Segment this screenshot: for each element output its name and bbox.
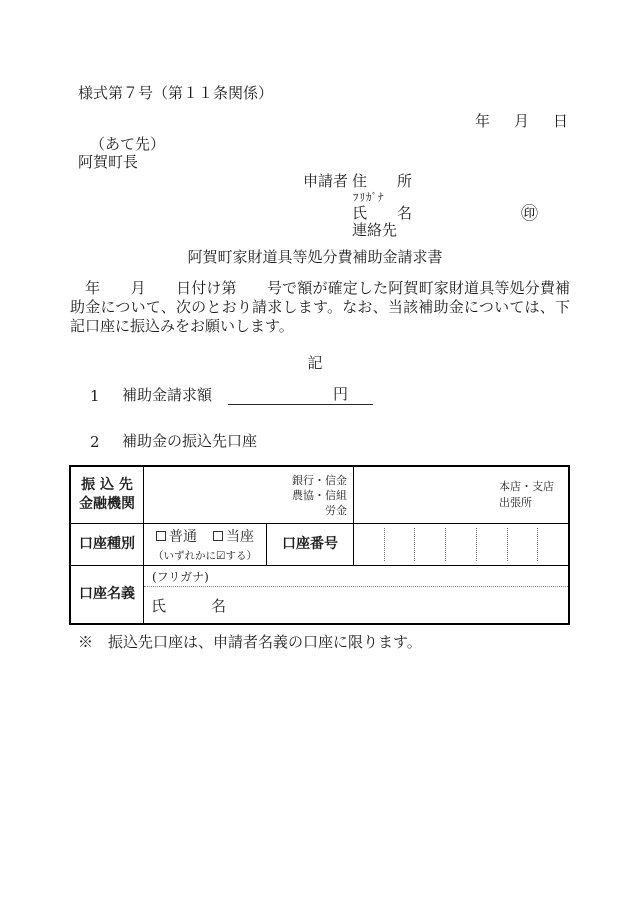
ordinary-account-option: 普通 bbox=[156, 526, 197, 546]
holder-name-row: 氏 名 bbox=[144, 587, 568, 623]
bank-type-option: 農協・信組 bbox=[292, 488, 347, 503]
account-type-entry-cell: 普通 当座 （いずれかに☑する） bbox=[143, 524, 266, 565]
account-type-header: 口座種別 bbox=[71, 524, 143, 565]
addressee-name: 阿賀町長 bbox=[78, 151, 138, 172]
year-label: 年 bbox=[475, 110, 490, 131]
account-type-options: 普通 当座 bbox=[156, 526, 254, 546]
item2-number: 2 bbox=[90, 433, 104, 451]
account-holder-entry-cell: (フリガナ) 氏 名 bbox=[143, 566, 568, 623]
item1-label: 補助金請求額 bbox=[122, 384, 212, 405]
branch-type-option: 本店・支店 bbox=[499, 479, 554, 495]
holder-name-label: 氏 名 bbox=[151, 595, 226, 616]
ordinary-checkbox-icon bbox=[156, 531, 166, 541]
digit-box bbox=[538, 528, 568, 561]
digit-box bbox=[415, 528, 446, 561]
footnote: ※ 振込先口座は、申請者名義の口座に限ります。 bbox=[78, 631, 422, 652]
account-holder-header: 口座名義 bbox=[71, 566, 143, 623]
account-holder-row: 口座名義 (フリガナ) 氏 名 bbox=[71, 565, 568, 623]
month-label: 月 bbox=[514, 110, 529, 131]
form-number: 様式第７号（第１１条関係） bbox=[78, 82, 273, 103]
holder-furigana-label: (フリガナ) bbox=[152, 568, 209, 585]
amount-entry-area bbox=[228, 388, 333, 404]
account-number-header: 口座番号 bbox=[266, 524, 353, 565]
current-checkbox-icon bbox=[213, 531, 223, 541]
applicant-address-label: 住 所 bbox=[352, 170, 412, 191]
account-type-row: 口座種別 普通 当座 （いずれかに☑する） 口座番号 bbox=[71, 523, 568, 565]
transfer-account-line: 2 補助金の振込先口座 bbox=[90, 430, 257, 451]
seal-icon: ㊞ bbox=[521, 199, 538, 224]
branch-type-option: 出張所 bbox=[499, 495, 554, 511]
financial-institution-row: 振 込 先 金融機関 銀行・信金 農協・信組 労金 本店・支店 出張所 bbox=[71, 467, 568, 523]
digit-box bbox=[446, 528, 477, 561]
account-type-note: （いずれかに☑する） bbox=[153, 548, 257, 563]
ki-heading: 記 bbox=[0, 352, 630, 373]
financial-institution-header: 振 込 先 金融機関 bbox=[71, 467, 143, 523]
applicant-contact-label: 連絡先 bbox=[352, 219, 397, 240]
current-account-option: 当座 bbox=[213, 526, 254, 546]
digit-box bbox=[385, 528, 416, 561]
applicant-label: 申請者 bbox=[303, 170, 348, 191]
day-label: 日 bbox=[553, 110, 568, 131]
body-paragraph: 年 月 日付け第 号で額が確定した阿賀町家財道具等処分費補助金について、次のとお… bbox=[70, 279, 570, 336]
date-line: 年 月 日 bbox=[475, 110, 568, 131]
item1-number: 1 bbox=[90, 387, 104, 405]
bank-account-table: 振 込 先 金融機関 銀行・信金 農協・信組 労金 本店・支店 出張所 口座種別 bbox=[69, 465, 570, 625]
holder-furigana-row: (フリガナ) bbox=[144, 566, 568, 587]
claim-amount-line: 1 補助金請求額 円 bbox=[90, 383, 373, 405]
digit-box bbox=[354, 528, 385, 561]
bank-name-entry-cell: 銀行・信金 農協・信組 労金 bbox=[143, 467, 353, 523]
claim-amount-blank: 円 bbox=[228, 383, 373, 405]
item2-label: 補助金の振込先口座 bbox=[122, 430, 257, 451]
document-title: 阿賀町家財道具等処分費補助金請求書 bbox=[0, 246, 630, 267]
document-page: 様式第７号（第１１条関係） 年 月 日 （あて先） 阿賀町長 申請者 住 所 ﾌ… bbox=[0, 0, 630, 903]
account-number-entry-cell bbox=[353, 524, 568, 565]
branch-name-entry-cell: 本店・支店 出張所 bbox=[353, 467, 568, 523]
bank-type-option: 銀行・信金 bbox=[292, 473, 347, 488]
digit-box bbox=[508, 528, 539, 561]
digit-box bbox=[477, 528, 508, 561]
branch-type-options: 本店・支店 出張所 bbox=[499, 479, 554, 511]
amount-line-tail bbox=[348, 388, 373, 404]
yen-unit-label: 円 bbox=[333, 383, 348, 404]
bank-type-option: 労金 bbox=[325, 503, 347, 518]
